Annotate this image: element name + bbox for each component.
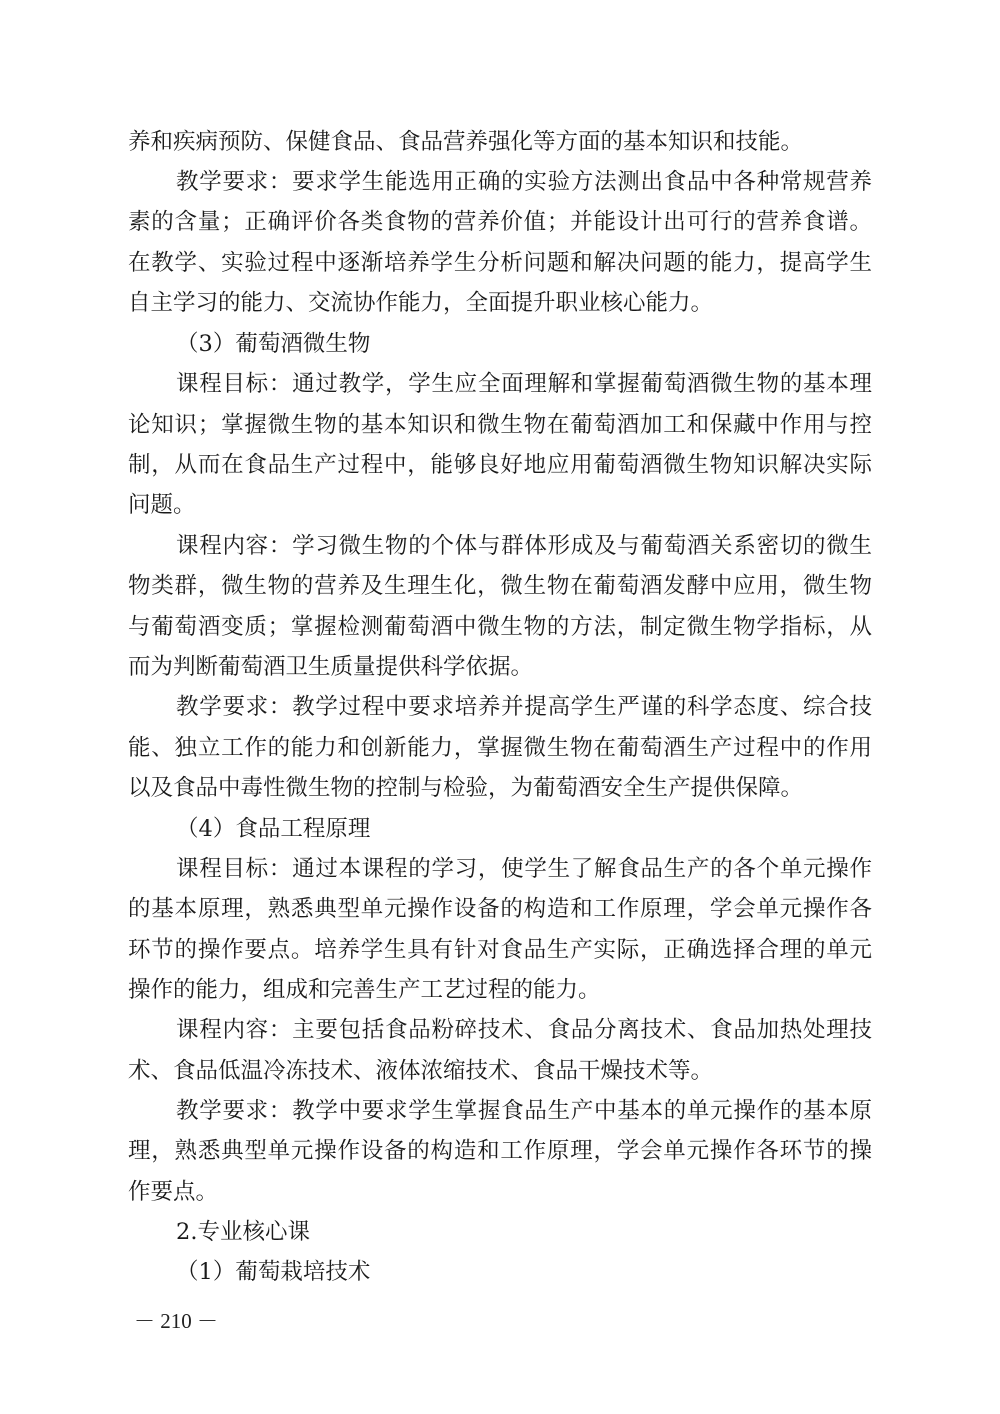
paragraph-line: 问题。 <box>128 485 872 525</box>
paragraph-line: 以及食品中毒性微生物的控制与检验，为葡萄酒安全生产提供保障。 <box>128 768 872 808</box>
paragraph-line: 课程内容：主要包括食品粉碎技术、食品分离技术、食品加热处理技 <box>176 1010 872 1050</box>
paragraph-line: 物类群，微生物的营养及生理生化，微生物在葡萄酒发酵中应用，微生物 <box>128 566 872 606</box>
paragraph-line: 教学要求：教学中要求学生掌握食品生产中基本的单元操作的基本原 <box>176 1091 872 1131</box>
paragraph-line: 的基本原理，熟悉典型单元操作设备的构造和工作原理，学会单元操作各 <box>128 889 872 929</box>
page-number: － 210 － <box>134 1306 218 1336</box>
document-page: 养和疾病预防、保健食品、食品营养强化等方面的基本知识和技能。教学要求：要求学生能… <box>0 0 1000 1414</box>
paragraph-line: 作要点。 <box>128 1172 872 1212</box>
paragraph-line: 素的含量；正确评价各类食物的营养价值；并能设计出可行的营养食谱。 <box>128 202 872 242</box>
section-heading: （1）葡萄栽培技术 <box>176 1252 872 1292</box>
paragraph-line: 环节的操作要点。培养学生具有针对食品生产实际，正确选择合理的单元 <box>128 930 872 970</box>
paragraph-line: 养和疾病预防、保健食品、食品营养强化等方面的基本知识和技能。 <box>128 122 872 162</box>
paragraph-line: 课程内容：学习微生物的个体与群体形成及与葡萄酒关系密切的微生 <box>176 526 872 566</box>
paragraph-line: 教学要求：教学过程中要求培养并提高学生严谨的科学态度、综合技 <box>176 687 872 727</box>
paragraph-line: 术、食品低温冷冻技术、液体浓缩技术、食品干燥技术等。 <box>128 1051 872 1091</box>
paragraph-line: 自主学习的能力、交流协作能力，全面提升职业核心能力。 <box>128 283 872 323</box>
paragraph-line: 在教学、实验过程中逐渐培养学生分析问题和解决问题的能力，提高学生 <box>128 243 872 283</box>
paragraph-line: 教学要求：要求学生能选用正确的实验方法测出食品中各种常规营养 <box>176 162 872 202</box>
section-heading: （4）食品工程原理 <box>176 809 872 849</box>
paragraph-line: 能、独立工作的能力和创新能力，掌握微生物在葡萄酒生产过程中的作用 <box>128 728 872 768</box>
paragraph-line: 操作的能力，组成和完善生产工艺过程的能力。 <box>128 970 872 1010</box>
paragraph-line: 课程目标：通过本课程的学习，使学生了解食品生产的各个单元操作 <box>176 849 872 889</box>
section-heading: （3）葡萄酒微生物 <box>176 324 872 364</box>
paragraph-line: 制，从而在食品生产过程中，能够良好地应用葡萄酒微生物知识解决实际 <box>128 445 872 485</box>
section-heading: 2.专业核心课 <box>176 1212 872 1252</box>
paragraph-line: 论知识；掌握微生物的基本知识和微生物在葡萄酒加工和保藏中作用与控 <box>128 405 872 445</box>
paragraph-line: 与葡萄酒变质；掌握检测葡萄酒中微生物的方法，制定微生物学指标，从 <box>128 607 872 647</box>
paragraph-line: 而为判断葡萄酒卫生质量提供科学依据。 <box>128 647 872 687</box>
paragraph-line: 理，熟悉典型单元操作设备的构造和工作原理，学会单元操作各环节的操 <box>128 1131 872 1171</box>
paragraph-line: 课程目标：通过教学，学生应全面理解和掌握葡萄酒微生物的基本理 <box>176 364 872 404</box>
